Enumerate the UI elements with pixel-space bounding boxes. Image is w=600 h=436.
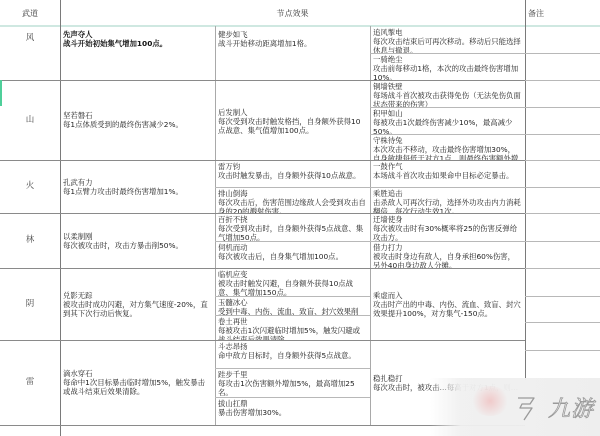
- node-desc: 受到中毒、内伤、流血、致盲、封穴效果削50%: [218, 307, 367, 315]
- node-title: 一鼓作气: [373, 162, 522, 171]
- grid-line: [215, 368, 370, 369]
- subnode-lin-2[interactable]: 借力打力 被攻击时身边有敌人，自身承担60%伤害，另外40由身边敌人分摊。: [370, 241, 525, 268]
- node-desc: 被攻击时身边有敌人，自身承担60%伤害，另外40由身边敌人分摊。: [373, 252, 522, 268]
- node-title: 雷万钧: [218, 162, 367, 171]
- node-title: 乘胜追击: [373, 189, 522, 198]
- subnode-yin-1[interactable]: 乘虚而入 攻击时产出的中毒、内伤、流血、致盲、封穴效果提升100%，对方集气-1…: [370, 268, 525, 340]
- node-title: 卷土再世: [218, 317, 367, 326]
- node-feng-1[interactable]: 健步如飞 战斗开始移动距离增加1格。: [215, 28, 370, 78]
- node-desc: 每次受到攻击时，自身额外获得5点战意、集气增加50点。: [218, 224, 367, 241]
- node-desc: 每次被攻击时，攻击方暴击削50%。: [63, 241, 212, 250]
- watermark-text: 九游: [548, 392, 594, 423]
- grid-line: [525, 268, 600, 269]
- node-title: 先声夺人: [63, 30, 212, 39]
- node-title: 追风掣电: [373, 28, 522, 37]
- node-title: 借力打力: [373, 243, 522, 252]
- node-title: 一骑绝尘: [373, 55, 522, 64]
- node-desc: 每1点臂力攻击时最终伤害增加1%。: [63, 187, 212, 196]
- node-title: 以柔制刚: [63, 232, 212, 241]
- node-title: 健步如飞: [218, 30, 367, 39]
- node-desc: 被攻击时触发闪避，自身额外获得10点战意、集气增加150点。: [218, 279, 367, 296]
- node-desc: 每被攻击1次闪避临时增加5%，触发闪避或战斗结束后效果清除。: [218, 326, 367, 340]
- node-desc: 每次受到攻击时触发格挡，自身额外获得10点战意、集气值增加100点。: [218, 117, 367, 135]
- subnode-huo-2[interactable]: 乘胜追击 击杀敌人可再次行动，选择外功攻击内力消耗翻倍，每次行动生效1次。: [370, 187, 525, 213]
- node-desc: 暴击伤害增加30%。: [218, 408, 367, 417]
- main-node-lei[interactable]: 滴水穿石 每命中1次目标暴击临时增加5%，触发暴击或战斗结束后效果清除。: [60, 340, 215, 425]
- node-title: 坚若磐石: [63, 111, 212, 120]
- node-title: 后发制人: [218, 108, 367, 117]
- grid-line: [525, 53, 600, 54]
- wudao-feng[interactable]: 风: [0, 26, 60, 51]
- subnode-feng-1[interactable]: 追风掣电 每次攻击结束后可再次移动。移动后只能选择休息与撤退。: [370, 26, 525, 53]
- node-lei-3[interactable]: 拔山扛鼎 暴击伤害增加30%。: [215, 397, 370, 425]
- node-yin-1[interactable]: 临机应变 被攻击时触发闪避，自身额外获得10点战意、集气增加150点。: [215, 268, 370, 296]
- node-title: 铜墙铁壁: [373, 82, 522, 91]
- node-desc: 本次攻击不移动，攻击最终伤害增加30%，自身敏捷每低于对方1点，则最终伤害额外增…: [373, 145, 522, 161]
- grid-line: [215, 187, 525, 188]
- node-huo-1[interactable]: 雷万钧 攻击时触发暴击，自身额外获得10点战意。: [215, 160, 370, 187]
- remarks-column[interactable]: [525, 26, 600, 425]
- node-shan-1[interactable]: 后发制人 每次受到攻击时触发格挡，自身额外获得10点战意、集气值增加100点。: [215, 106, 370, 146]
- main-node-yin[interactable]: 兑影无踪 被攻击时成功闪避，对方集气速度-20%，直到其下次行动后恢复。: [60, 268, 215, 340]
- node-desc: 战斗开始移动距离增加1格。: [218, 39, 367, 48]
- grid-line: [370, 26, 371, 425]
- row-divider: [0, 340, 525, 341]
- node-desc: 击杀敌人可再次行动，选择外功攻击内力消耗翻倍，每次行动生效1次。: [373, 198, 522, 213]
- wudao-shan[interactable]: 山: [0, 80, 60, 160]
- row-divider: [0, 160, 525, 161]
- node-desc: 攻击时触发暴击，自身额外获得10点战意。: [218, 171, 367, 180]
- row-selection-marker: [0, 80, 2, 106]
- node-desc: 每攻击1次伤害额外增加5%，最高增加25名。: [218, 379, 367, 397]
- grid-line: [525, 160, 600, 161]
- node-title: 乘虚而入: [373, 291, 522, 300]
- node-desc: 攻击前每移动1格，本次的攻击最终伤害增加10%。: [373, 64, 522, 80]
- grid-line: [525, 322, 600, 323]
- grid-line: [370, 53, 525, 54]
- node-title: 玉髓冰心: [218, 298, 367, 307]
- grid-line: [215, 26, 216, 425]
- grid-line: [525, 134, 600, 135]
- grid-line: [215, 315, 370, 316]
- node-title: 守株待兔: [373, 136, 522, 145]
- grid-line: [215, 241, 525, 242]
- node-desc: 每1点体质受到的最终伤害减少2%。: [63, 120, 212, 129]
- node-desc: 每次攻击结束后可再次移动。移动后只能选择休息与撤退。: [373, 37, 522, 53]
- node-title: 斗志昂扬: [218, 342, 367, 351]
- subnode-huo-1[interactable]: 一鼓作气 本场战斗首次攻击如果命中目标必定暴击。: [370, 160, 525, 187]
- node-yin-3[interactable]: 卷土再世 每被攻击1次闪避临时增加5%，触发闪避或战斗结束后效果清除。: [215, 315, 370, 340]
- subnode-shan-3[interactable]: 守株待兔 本次攻击不移动，攻击最终伤害增加30%，自身敏捷每低于对方1点，则最终…: [370, 134, 525, 161]
- row-divider: [0, 268, 525, 269]
- node-title: 积甲如山: [373, 109, 522, 118]
- node-desc: 每次被攻击时有30%概率将25的伤害反弹给攻击方。: [373, 224, 522, 241]
- grid-line: [525, 241, 600, 242]
- node-huo-2[interactable]: 排山倒海 每次攻击后，伤害范围边缘敌人会受到攻击自身的20的溅射伤害。: [215, 187, 370, 213]
- row-divider: [0, 213, 525, 214]
- node-lin-2[interactable]: 伺机而动 每次被攻击后，自身集气增加100点。: [215, 241, 370, 268]
- watermark-logo: 九游: [512, 392, 594, 423]
- grid-line: [525, 296, 600, 297]
- grid-line: [370, 107, 525, 108]
- node-yin-2[interactable]: 玉髓冰心 受到中毒、内伤、流血、致盲、封穴效果削50%: [215, 296, 370, 315]
- node-desc: 每命中1次目标暴击临时增加5%，触发暴击或战斗结束后效果清除。: [63, 378, 212, 396]
- node-title: 滴水穿石: [63, 369, 212, 378]
- grid-line: [525, 0, 526, 380]
- wudao-huo[interactable]: 火: [0, 160, 60, 213]
- node-title: 跬步千里: [218, 370, 367, 379]
- node-lei-1[interactable]: 斗志昂扬 命中敌方目标时，自身额外获得5点战意。: [215, 340, 370, 368]
- node-desc: 被攻击时成功闪避，对方集气速度-20%，直到其下次行动后恢复。: [63, 300, 212, 318]
- grid-line: [525, 80, 600, 81]
- wudao-lin[interactable]: 林: [0, 213, 60, 268]
- main-node-huo[interactable]: 孔武有力 每1点臂力攻击时最终伤害增加1%。: [60, 160, 215, 213]
- main-node-lin[interactable]: 以柔制刚 每次被攻击时，攻击方暴击削50%。: [60, 213, 215, 268]
- node-lei-2[interactable]: 跬步千里 每攻击1次伤害额外增加5%，最高增加25名。: [215, 368, 370, 397]
- grid-line: [525, 350, 600, 351]
- grid-line: [370, 134, 525, 135]
- subnode-lin-1[interactable]: 迁墙使身 每次被攻击时有30%概率将25的伤害反弹给攻击方。: [370, 213, 525, 241]
- spreadsheet-table: 武道 节点效果 备注 风 先声夺人 战斗开始初始集气增加100点。 健步如飞 战…: [0, 0, 600, 436]
- jiuyou-logo-icon: [512, 392, 542, 422]
- main-node-feng[interactable]: 先声夺人 战斗开始初始集气增加100点。: [60, 28, 215, 78]
- main-node-shan[interactable]: 坚若磐石 每1点体质受到的最终伤害减少2%。: [60, 80, 215, 160]
- node-title: 迁墙使身: [373, 215, 522, 224]
- node-desc: 战斗开始初始集气增加100点。: [63, 39, 212, 48]
- node-title: 临机应变: [218, 270, 367, 279]
- header-node-effect: 节点效果: [60, 0, 525, 26]
- grid-line: [525, 107, 600, 108]
- node-desc: 每被攻击1次最终伤害减少10%，最高减少50%。: [373, 118, 522, 134]
- row-divider: [0, 80, 525, 81]
- grid-line: [525, 213, 600, 214]
- grid-line: [215, 397, 370, 398]
- subnode-shan-2[interactable]: 积甲如山 每被攻击1次最终伤害减少10%，最高减少50%。: [370, 107, 525, 134]
- node-title: 兑影无踪: [63, 291, 212, 300]
- node-title: 孔武有力: [63, 178, 212, 187]
- grid-line: [215, 296, 370, 297]
- grid-line: [60, 0, 61, 436]
- header-wudao: 武道: [0, 0, 60, 26]
- node-title: 伺机而动: [218, 243, 367, 252]
- node-desc: 攻击时产出的中毒、内伤、流血、致盲、封穴效果提升100%，对方集气-150点。: [373, 300, 522, 318]
- wudao-lei[interactable]: 雷: [0, 340, 60, 425]
- node-desc: 每次被攻击后，自身集气增加100点。: [218, 252, 367, 261]
- node-title: 百折不挠: [218, 215, 367, 224]
- subnode-shan-1[interactable]: 铜墙铁壁 每场战斗首次被攻击获得免伤（无法免伤负面状态带来的伤害）: [370, 80, 525, 107]
- watermark: 九游: [430, 378, 600, 436]
- node-title: 拔山扛鼎: [218, 399, 367, 408]
- node-lin-1[interactable]: 百折不挠 每次受到攻击时，自身额外获得5点战意、集气增加50点。: [215, 213, 370, 241]
- node-desc: 命中敌方目标时，自身额外获得5点战意。: [218, 351, 367, 360]
- node-desc: 每次攻击后，伤害范围边缘敌人会受到攻击自身的20的溅射伤害。: [218, 198, 367, 213]
- watermark-glow: [470, 386, 510, 416]
- node-desc: 本场战斗首次攻击如果命中目标必定暴击。: [373, 171, 522, 180]
- grid-line: [525, 187, 600, 188]
- subnode-feng-2[interactable]: 一骑绝尘 攻击前每移动1格，本次的攻击最终伤害增加10%。: [370, 53, 525, 80]
- node-desc: 每场战斗首次被攻击获得免伤（无法免伤负面状态带来的伤害）: [373, 91, 522, 107]
- header-remarks: 备注: [525, 0, 600, 26]
- wudao-yin[interactable]: 阴: [0, 268, 60, 340]
- node-title: 排山倒海: [218, 189, 367, 198]
